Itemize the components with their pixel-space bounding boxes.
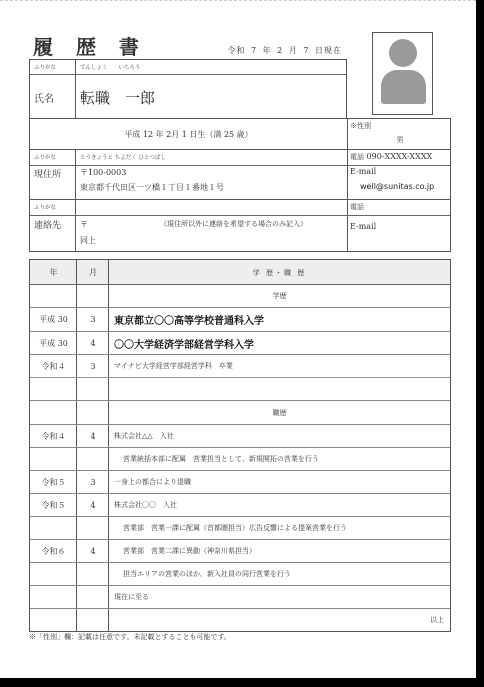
as-of-year-unit: 年 bbox=[263, 46, 272, 55]
gender-footnote: ※「性別」欄：記載は任意です。未記載とすることも可能です。 bbox=[29, 632, 231, 642]
phone-label: 電話 bbox=[350, 153, 364, 161]
address-furigana-value[interactable]: とうきょうと ちよだく ひとつばし bbox=[80, 153, 166, 161]
as-of-month-unit: 月 bbox=[289, 46, 298, 55]
document-title: 履 歴 書 bbox=[33, 31, 147, 60]
contact-label: 連絡先 bbox=[34, 218, 61, 231]
person-silhouette-body bbox=[381, 70, 426, 104]
table-row: 営業統括本部に配属 営業担当として、新規開拓の営業を行う bbox=[30, 448, 450, 471]
personal-info-block: 平成 12 年 2月 1 日生（満 25 歳） ※性別 男 ふりがな とうきょう… bbox=[29, 118, 451, 252]
name-furigana-label: ふりがな bbox=[34, 63, 56, 71]
as-of-day: 7 bbox=[303, 46, 309, 55]
section-heading-work[interactable]: 職歴 bbox=[109, 408, 450, 418]
table-row: 令和６ 4 営業部 営業二課に異動（神奈川県担当） bbox=[30, 540, 450, 563]
name-value[interactable]: 転職 一郎 bbox=[80, 87, 155, 108]
phone-value[interactable]: 090-XXXX-XXXX bbox=[367, 152, 433, 161]
as-of-date: 令和 7 年 2 月 7 日現在 bbox=[225, 45, 342, 56]
table-row: 以上 bbox=[30, 609, 450, 631]
gender-value[interactable]: 男 bbox=[348, 135, 452, 145]
person-silhouette-icon bbox=[389, 39, 417, 67]
header-year: 年 bbox=[30, 267, 77, 278]
table-row: 担当エリアの営業のほか、新入社員の同行営業を行う bbox=[30, 563, 450, 586]
table-row: 平成 30 3 東京都立〇〇高等学校普通科入学 bbox=[30, 308, 450, 332]
email-value[interactable]: well@sunitas.co.jp bbox=[360, 182, 434, 191]
history-table: 年 月 学 歴・職 歴 学歴 平成 30 3 東京都立〇〇高等学校普通科入学 平… bbox=[29, 259, 451, 632]
header-history: 学 歴・職 歴 bbox=[109, 268, 450, 278]
contact-line[interactable]: 同上 bbox=[80, 235, 96, 246]
name-label: 氏名 bbox=[34, 90, 54, 105]
table-row: 営業部 営業一課に配属（首都圏担当）広告反響による提案営業を行う bbox=[30, 517, 450, 540]
phone-field[interactable]: 電話 090-XXXX-XXXX bbox=[350, 152, 432, 162]
table-row: 令和５ 4 株式会社〇〇 入社 bbox=[30, 494, 450, 517]
as-of-day-unit: 日現在 bbox=[315, 46, 342, 55]
contact-postal[interactable]: 〒 bbox=[80, 219, 88, 230]
contact-note: （現住所以外に連絡を希望する場合のみ記入） bbox=[160, 219, 307, 229]
table-row: 平成 30 4 〇〇大学経済学部経営学科入学 bbox=[30, 332, 450, 355]
as-of-era: 令和 bbox=[227, 46, 245, 55]
table-row: 職歴 bbox=[30, 401, 450, 425]
table-row bbox=[30, 378, 450, 401]
table-row: 令和４ 4 株式会社△△ 入社 bbox=[30, 425, 450, 448]
email-label: E-mail bbox=[350, 167, 376, 176]
history-header-row: 年 月 学 歴・職 歴 bbox=[30, 260, 450, 285]
birth-date[interactable]: 平成 12 年 2月 1 日生（満 25 歳） bbox=[30, 129, 347, 140]
table-row: 学歴 bbox=[30, 285, 450, 308]
address-line[interactable]: 東京都千代田区一ツ橋１丁目１番地１号 bbox=[80, 182, 224, 193]
contact-phone-label[interactable]: 電話 bbox=[350, 202, 364, 212]
name-furigana-value[interactable]: てんしょく いちろう bbox=[80, 63, 141, 71]
end-marker[interactable]: 以上 bbox=[109, 615, 450, 625]
address-furigana-label: ふりがな bbox=[34, 153, 56, 161]
address-label: 現住所 bbox=[34, 167, 61, 180]
address-postal[interactable]: 〒100-0003 bbox=[80, 167, 126, 178]
table-row: 現在に至る bbox=[30, 586, 450, 609]
photo-box[interactable] bbox=[372, 32, 433, 115]
contact-email-label[interactable]: E-mail bbox=[350, 222, 376, 231]
resume-page: 履 歴 書 令和 7 年 2 月 7 日現在 ふりがな てんしょく いちろう 氏… bbox=[0, 0, 476, 678]
name-block: ふりがな てんしょく いちろう 氏名 転職 一郎 bbox=[29, 59, 347, 119]
as-of-year: 7 bbox=[251, 46, 257, 55]
contact-furigana-label: ふりがな bbox=[34, 203, 56, 211]
section-heading-education[interactable]: 学歴 bbox=[109, 291, 450, 301]
gender-label: ※性別 bbox=[350, 121, 371, 131]
table-row: 令和５ 3 一身上の都合により退職 bbox=[30, 471, 450, 494]
header-month: 月 bbox=[77, 267, 109, 278]
as-of-month: 2 bbox=[277, 46, 283, 55]
table-row: 令和４ 3 マイナビ大学経営学部経営学科 卒業 bbox=[30, 355, 450, 378]
